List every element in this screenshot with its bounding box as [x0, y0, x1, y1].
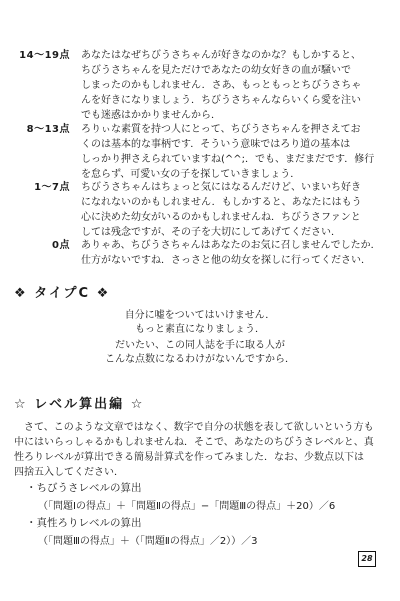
lolicon-level-title: ・真性ろりレベルの算出 — [26, 515, 142, 530]
score-description: ろりぃな素質を持つ人にとって、ちびうさちゃんを押さえてお くのは基本的な事柄です… — [81, 122, 351, 182]
text-line: 心に決めた幼女がいるのかもしれませんね．ちびうさファンと — [81, 210, 351, 225]
score-label: 14〜19点 — [19, 48, 70, 63]
text-line: もっと素直になりましょう． — [80, 323, 320, 337]
score-label: 8〜13点 — [27, 122, 70, 137]
text-line: 仕方がないですね．さっさと他の幼女を探しに行ってください． — [81, 253, 351, 268]
text-line: ありゃあ、ちびうさちゃんはあなたのお気に召しませんでしたか． — [81, 238, 351, 253]
type-c-text-2: だいたい、この同人誌を手に取る人が こんな点数になるわけがないんですから． — [80, 339, 320, 367]
text-line: 四捨五入してください． — [14, 465, 354, 480]
text-line: こんな点数になるわけがないんですから． — [80, 353, 320, 367]
text-line: 性ろりレベルが算出できる簡易計算式を作ってみました．なお、少数点以下は — [14, 450, 354, 465]
text-line: しっかり押さえられていますね(^^;．でも、まだまだです．修行 — [81, 152, 351, 167]
text-line: ろりぃな素質を持つ人にとって、ちびうさちゃんを押さえてお — [81, 122, 351, 137]
level-calc-intro: さて、このような文章ではなく、数字で自分の状態を表して欲しいという方も 中にはい… — [14, 420, 354, 480]
level-calc-heading: ☆ レベル算出編 ☆ — [14, 393, 144, 412]
score-description: ありゃあ、ちびうさちゃんはあなたのお気に召しませんでしたか． 仕方がないですね．… — [81, 238, 351, 268]
text-line: しまったのかもしれません．さあ、もっともっとちびうさちゃ — [81, 78, 351, 93]
text-line: になれないのかもしれません．もしかすると、あなたにはもう — [81, 195, 351, 210]
text-line: んを好きになりましょう．ちびうさちゃんならいくら愛を注い — [81, 93, 351, 108]
text-line: ちびうさちゃんを見ただけであなたの幼女好きの血が騒いで — [81, 63, 351, 78]
text-line: 中にはいらっしゃるかもしれませんね．そこで、あなたのちびうさレベルと、真 — [14, 435, 354, 450]
text-line: 自分に嘘をついてはいけません． — [80, 309, 320, 323]
chibiusa-level-title: ・ちびうさレベルの算出 — [26, 480, 142, 495]
text-line: さて、このような文章ではなく、数字で自分の状態を表して欲しいという方も — [14, 420, 354, 435]
lolicon-level-formula: （「問題Ⅲの得点」＋（「問題Ⅱの得点」／2））／3 — [38, 532, 258, 547]
page-number: 28 — [358, 551, 376, 567]
text-line: でも迷惑はかかりませんから． — [81, 108, 351, 123]
score-label: 1〜7点 — [34, 180, 70, 195]
score-description: あなたはなぜちびうさちゃんが好きなのかな？もしかすると、 ちびうさちゃんを見ただ… — [81, 48, 351, 123]
text-line: ちびうさちゃんはちょっと気にはなるんだけど、いまいち好き — [81, 180, 351, 195]
chibiusa-level-formula: （「問題Ⅰの得点」＋「問題Ⅱの得点」−「問題Ⅲの得点」＋20）／6 — [38, 497, 335, 512]
text-line: あなたはなぜちびうさちゃんが好きなのかな？もしかすると、 — [81, 48, 351, 63]
type-c-text-1: 自分に嘘をついてはいけません． もっと素直になりましょう． — [80, 309, 320, 337]
text-line: くのは基本的な事柄です．そういう意味ではろり道の基本は — [81, 137, 351, 152]
text-line: だいたい、この同人誌を手に取る人が — [80, 339, 320, 353]
score-description: ちびうさちゃんはちょっと気にはなるんだけど、いまいち好き になれないのかもしれま… — [81, 180, 351, 240]
score-label: 0点 — [52, 238, 70, 253]
type-c-heading: ❖ タイプC ❖ — [14, 282, 110, 301]
